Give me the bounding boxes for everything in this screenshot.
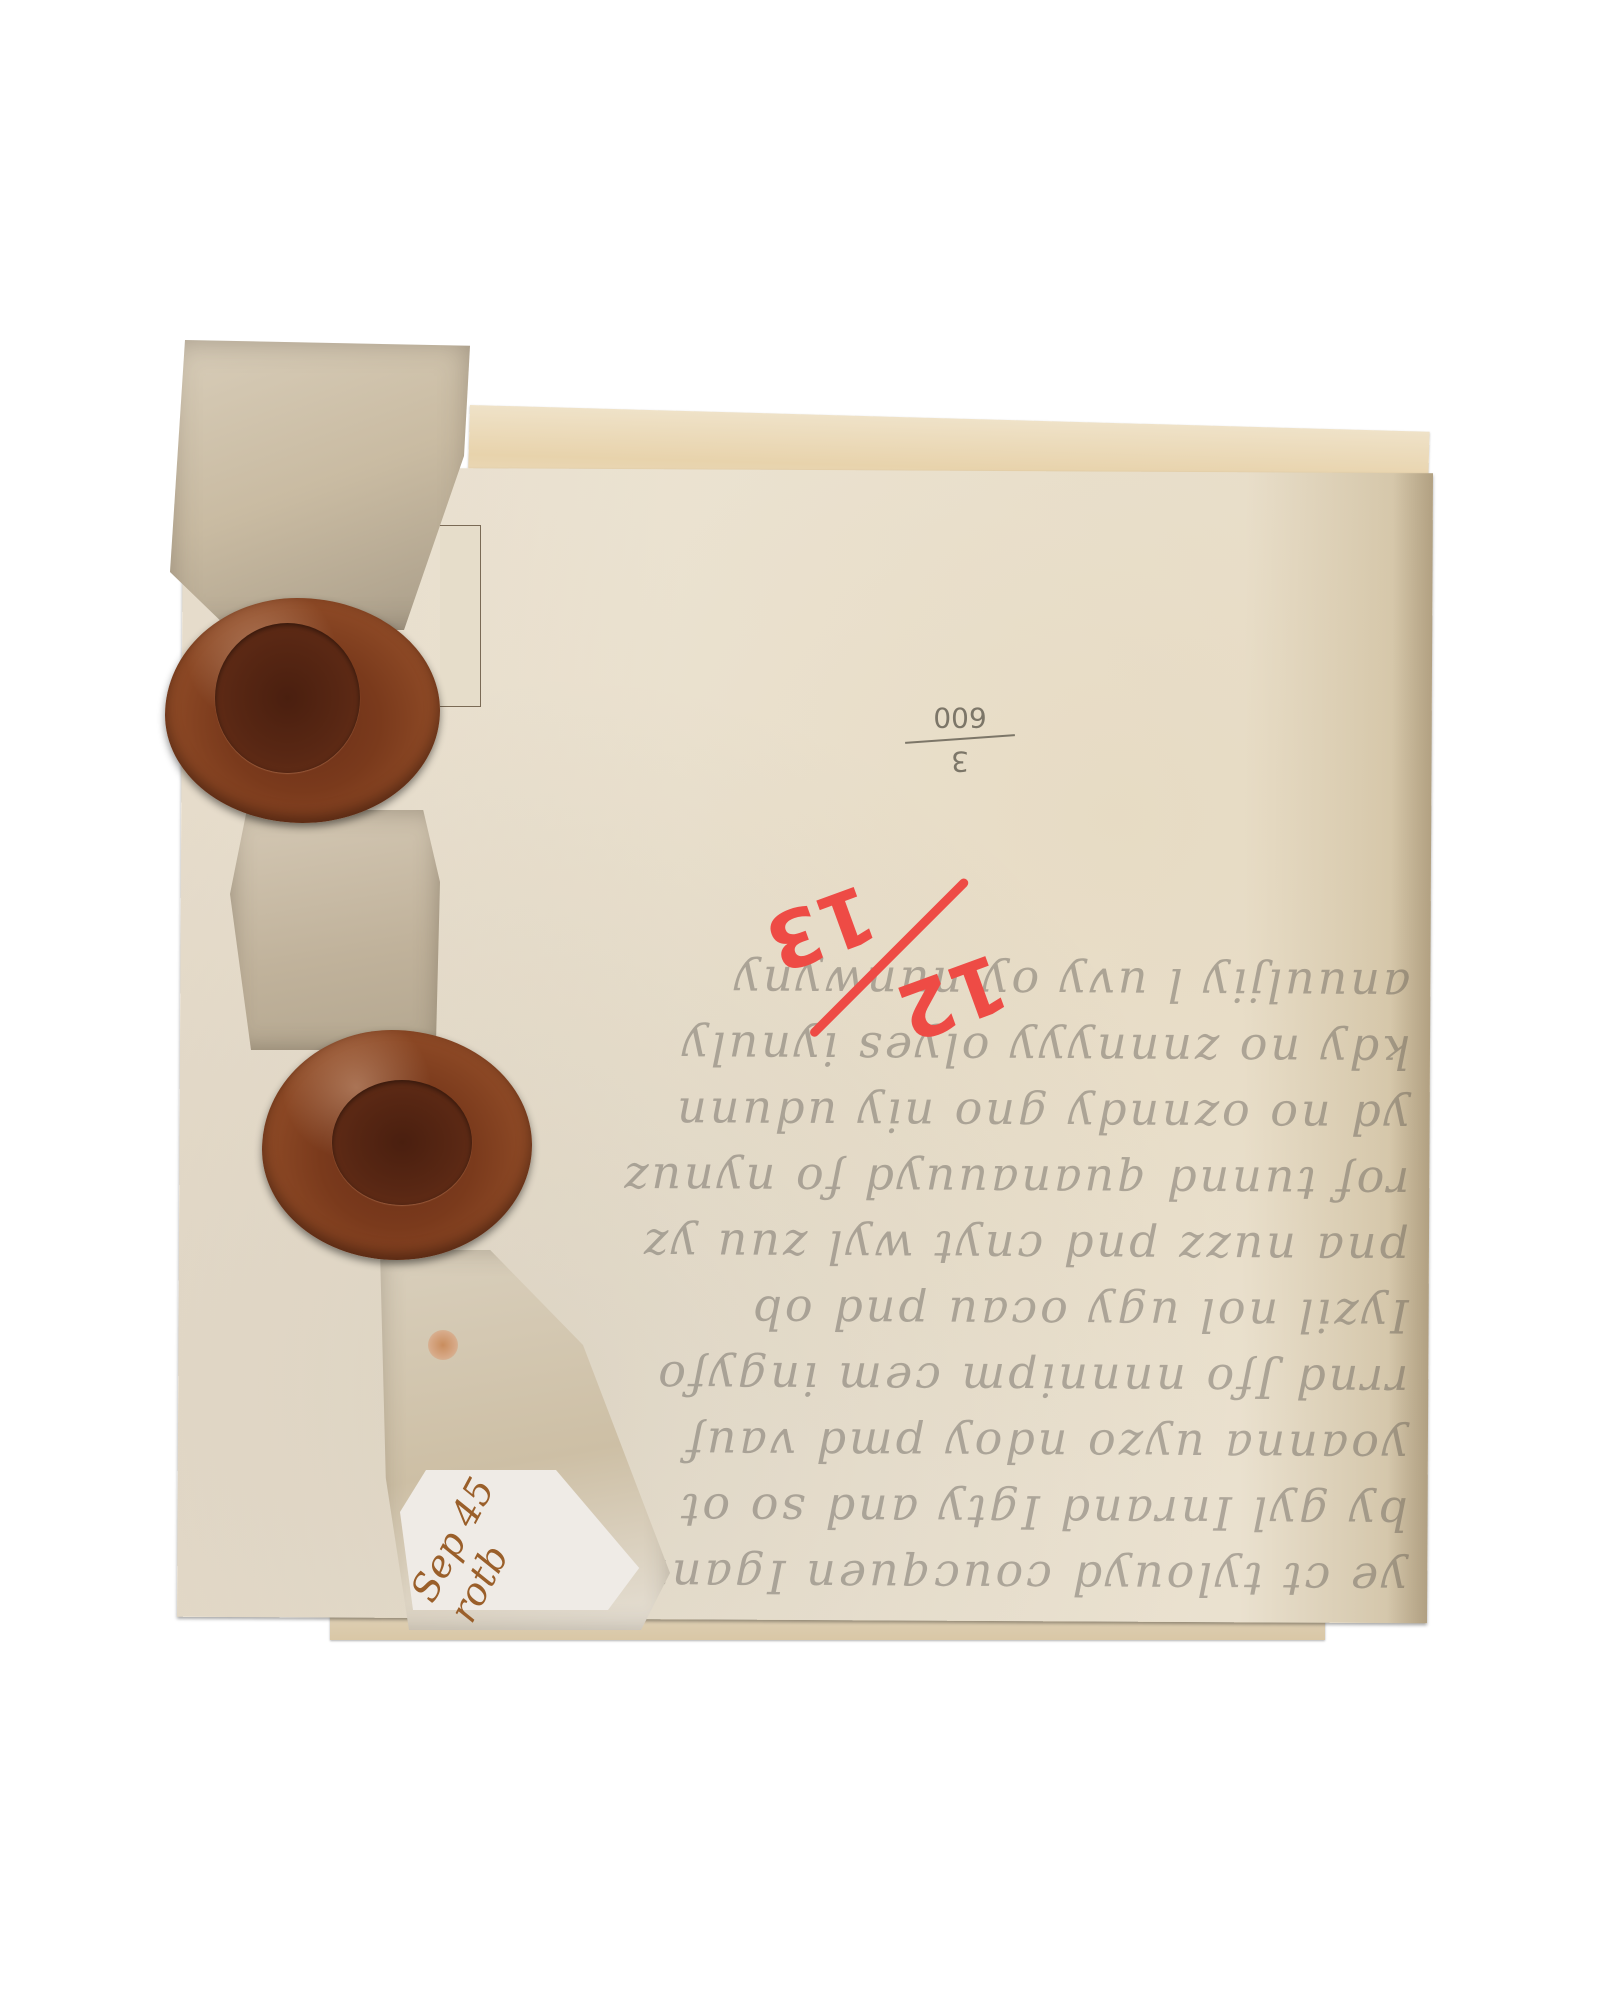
script-line: Iyzil nol ugy ocau pnd ob bbox=[178, 1277, 1428, 1350]
parchment-tag-flap bbox=[440, 525, 481, 707]
photograph: ye ct tylouyd coucquen Iganne by gyl Inr… bbox=[0, 0, 1600, 2000]
wax-seal-lower bbox=[262, 1030, 532, 1260]
parchment-tag-middle bbox=[230, 810, 440, 1050]
stain-spot bbox=[428, 1330, 458, 1360]
pencil-shelf-mark: 3 600 bbox=[905, 700, 1015, 778]
seal-impression bbox=[215, 623, 360, 773]
script-line: rrnd Jfo nnnnipm cem ingyfo bbox=[178, 1343, 1428, 1416]
pencil-denominator: 600 bbox=[905, 700, 1015, 734]
pencil-numerator: 3 bbox=[905, 744, 1015, 778]
red-numerator: 13 bbox=[754, 866, 887, 988]
pencil-fraction-bar bbox=[905, 734, 1015, 744]
script-line: by gyl Inrand Igty and so ot bbox=[177, 1475, 1427, 1548]
red-denominator: 12 bbox=[885, 935, 1018, 1057]
script-line: yoanna uyzo ndoy pmd vauf bbox=[178, 1409, 1428, 1482]
seal-impression bbox=[332, 1080, 472, 1205]
wax-seal-upper bbox=[165, 598, 440, 823]
script-line: ye ct tylouyd coucquen Iganne bbox=[177, 1541, 1427, 1614]
